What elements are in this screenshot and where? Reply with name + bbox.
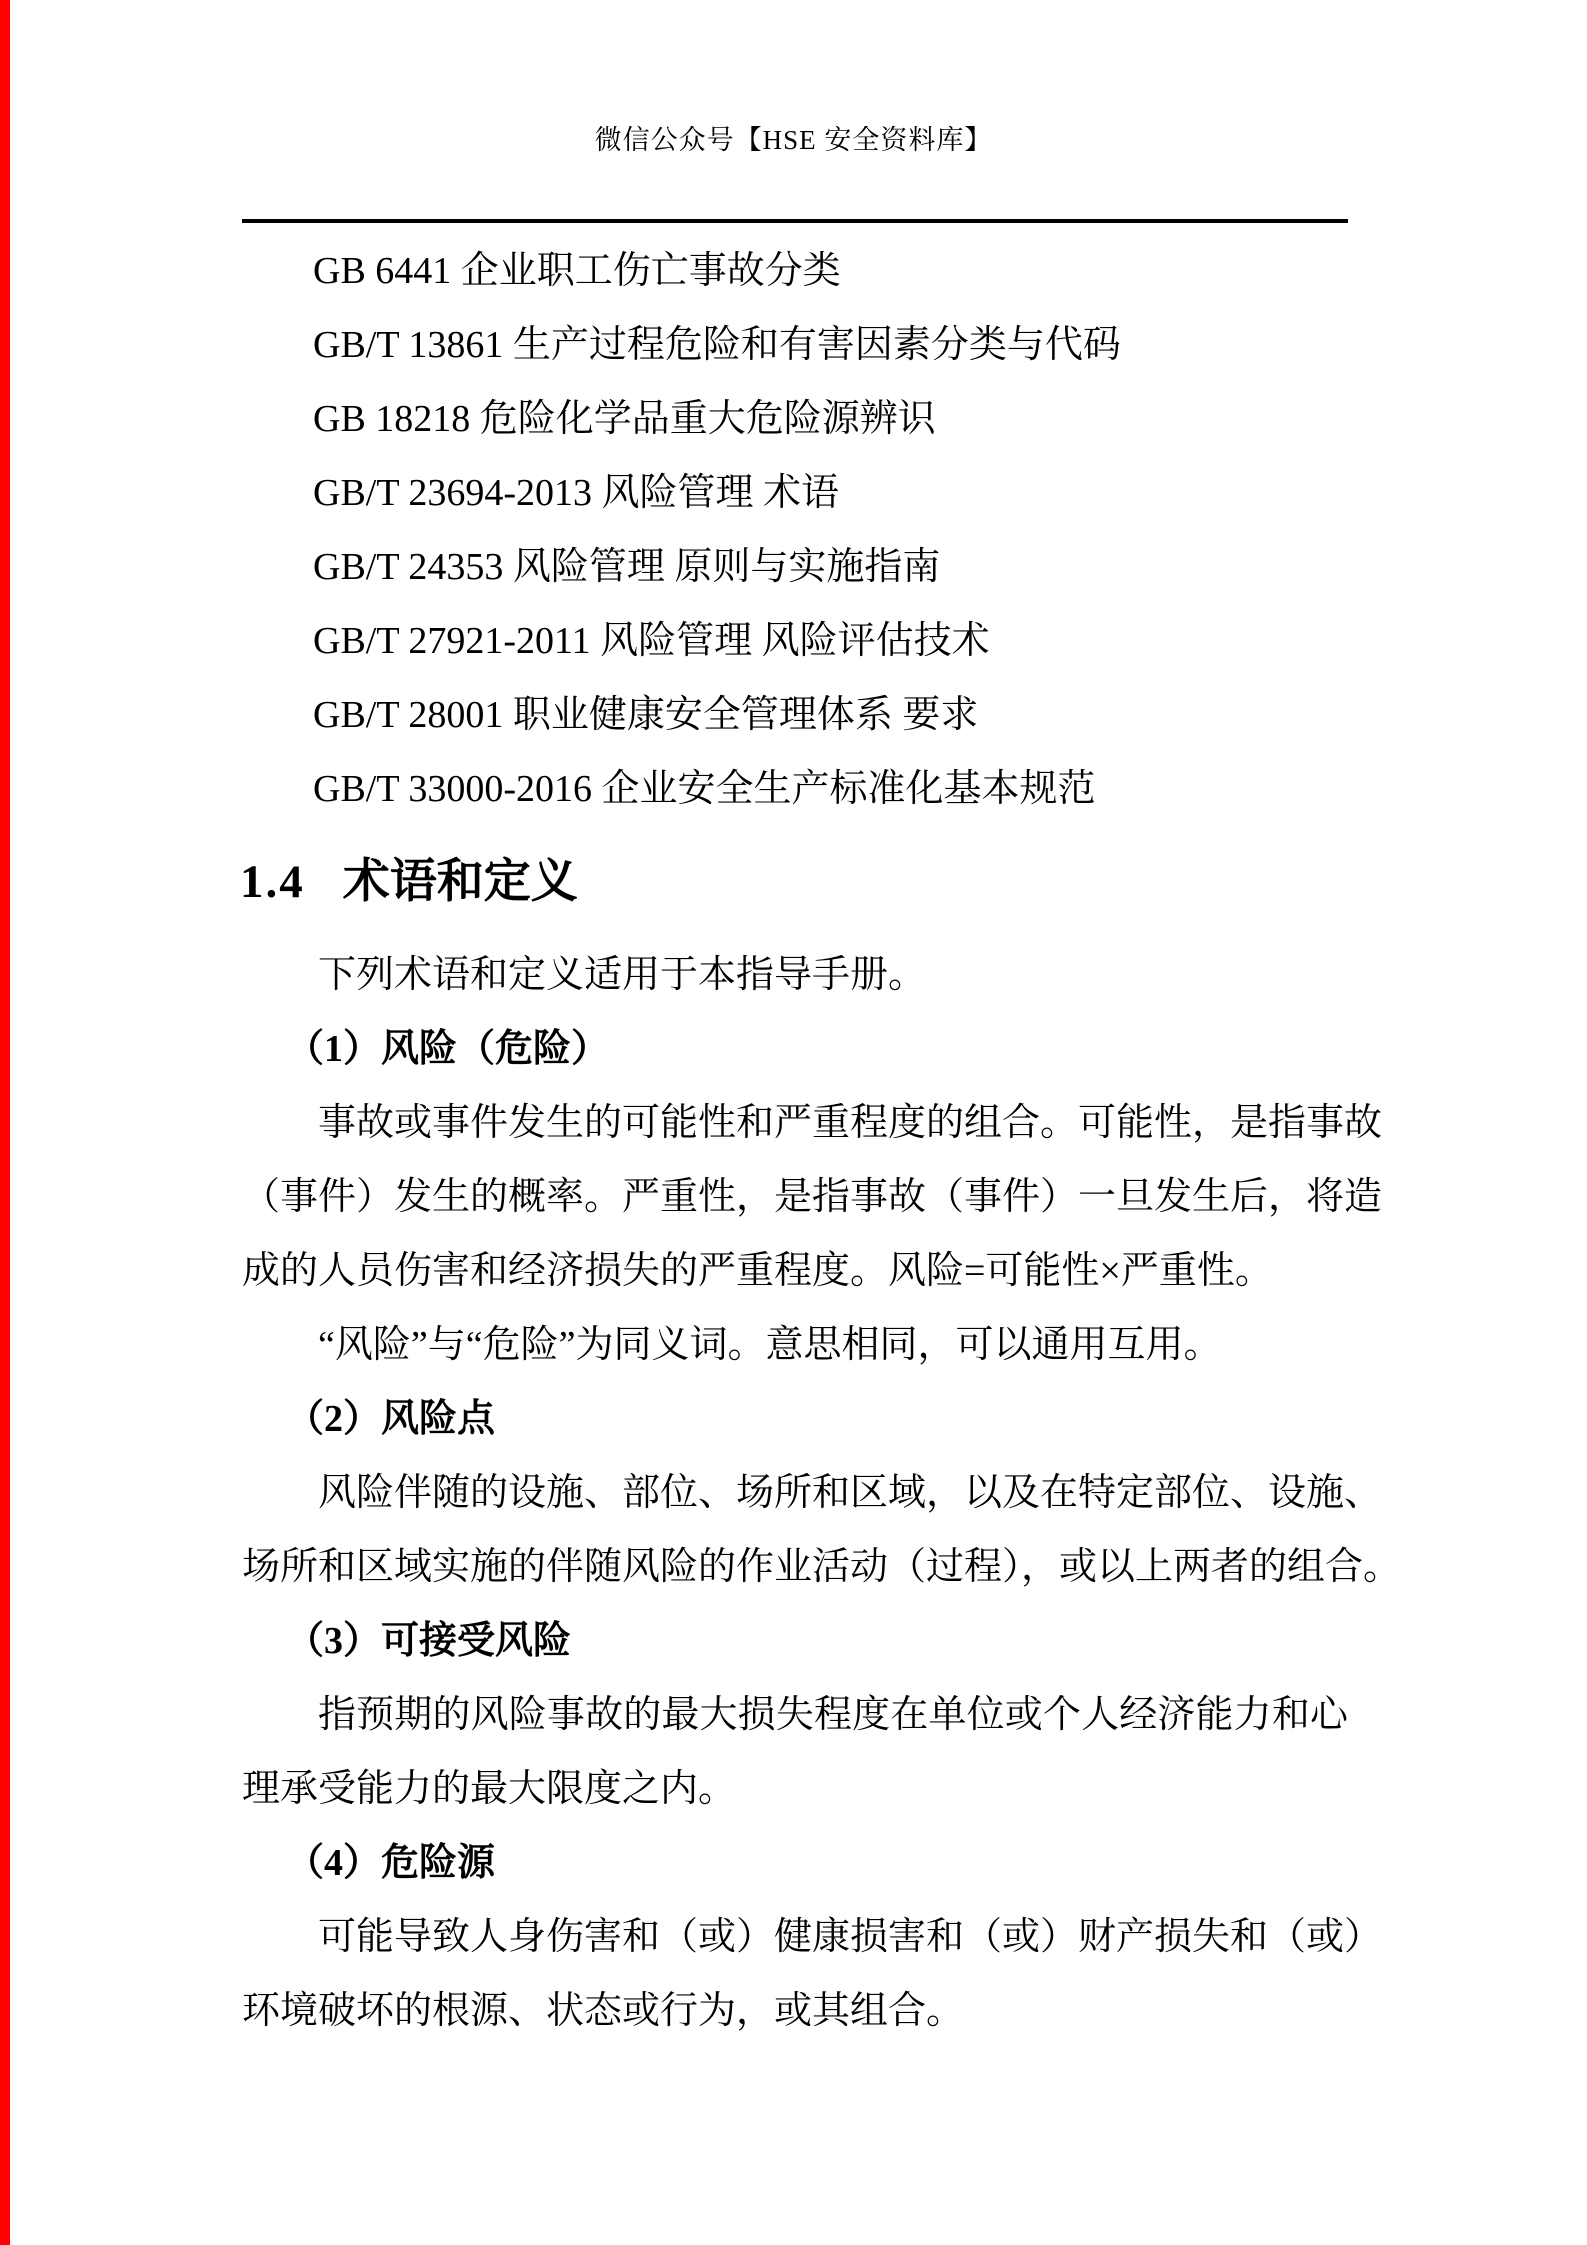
standard-line: GB/T 24353 风险管理 原则与实施指南 <box>313 530 1413 604</box>
standard-line: GB/T 28001 职业健康安全管理体系 要求 <box>313 678 1413 752</box>
standard-line: GB/T 13861 生产过程危险和有害因素分类与代码 <box>313 308 1413 382</box>
standards-list: GB 6441 企业职工伤亡事故分类GB/T 13861 生产过程危险和有害因素… <box>313 234 1413 826</box>
body-line: （2）风险点 <box>242 1382 1348 1456</box>
page-header: 微信公众号【HSE 安全资料库】 <box>0 110 1587 170</box>
body-line: 事故或事件发生的可能性和严重程度的组合。可能性，是指事故 <box>242 1086 1348 1160</box>
standard-line: GB/T 27921-2011 风险管理 风险评估技术 <box>313 604 1413 678</box>
section-heading: 1.4术语和定义 <box>240 850 578 914</box>
standard-line: GB/T 33000-2016 企业安全生产标准化基本规范 <box>313 752 1413 826</box>
section-number: 1.4 <box>240 856 305 908</box>
document-page: 微信公众号【HSE 安全资料库】 GB 6441 企业职工伤亡事故分类GB/T … <box>0 0 1587 2245</box>
body-line: （4）危险源 <box>242 1826 1348 1900</box>
standard-line: GB 6441 企业职工伤亡事故分类 <box>313 234 1413 308</box>
body-line: （事件）发生的概率。严重性，是指事故（事件）一旦发生后，将造 <box>242 1160 1348 1234</box>
body-line: （3）可接受风险 <box>242 1604 1348 1678</box>
body-line: 成的人员伤害和经济损失的严重程度。风险=可能性×严重性。 <box>242 1234 1348 1308</box>
body-line: 可能导致人身伤害和（或）健康损害和（或）财产损失和（或） <box>242 1900 1348 1974</box>
section-title: 术语和定义 <box>343 856 578 908</box>
body-line: 下列术语和定义适用于本指导手册。 <box>242 938 1348 1012</box>
body-text: 下列术语和定义适用于本指导手册。（1）风险（危险）事故或事件发生的可能性和严重程… <box>242 938 1348 2048</box>
body-line: 理承受能力的最大限度之内。 <box>242 1752 1348 1826</box>
standard-line: GB 18218 危险化学品重大危险源辨识 <box>313 382 1413 456</box>
left-accent-bar <box>0 0 10 2245</box>
body-line: “风险”与“危险”为同义词。意思相同，可以通用互用。 <box>242 1308 1348 1382</box>
body-line: 指预期的风险事故的最大损失程度在单位或个人经济能力和心 <box>242 1678 1348 1752</box>
standard-line: GB/T 23694-2013 风险管理 术语 <box>313 456 1413 530</box>
body-line: 场所和区域实施的伴随风险的作业活动（过程），或以上两者的组合。 <box>242 1530 1348 1604</box>
body-line: 风险伴随的设施、部位、场所和区域，以及在特定部位、设施、 <box>242 1456 1348 1530</box>
body-line: （1）风险（危险） <box>242 1012 1348 1086</box>
header-divider <box>242 219 1348 223</box>
body-line: 环境破坏的根源、状态或行为，或其组合。 <box>242 1974 1348 2048</box>
